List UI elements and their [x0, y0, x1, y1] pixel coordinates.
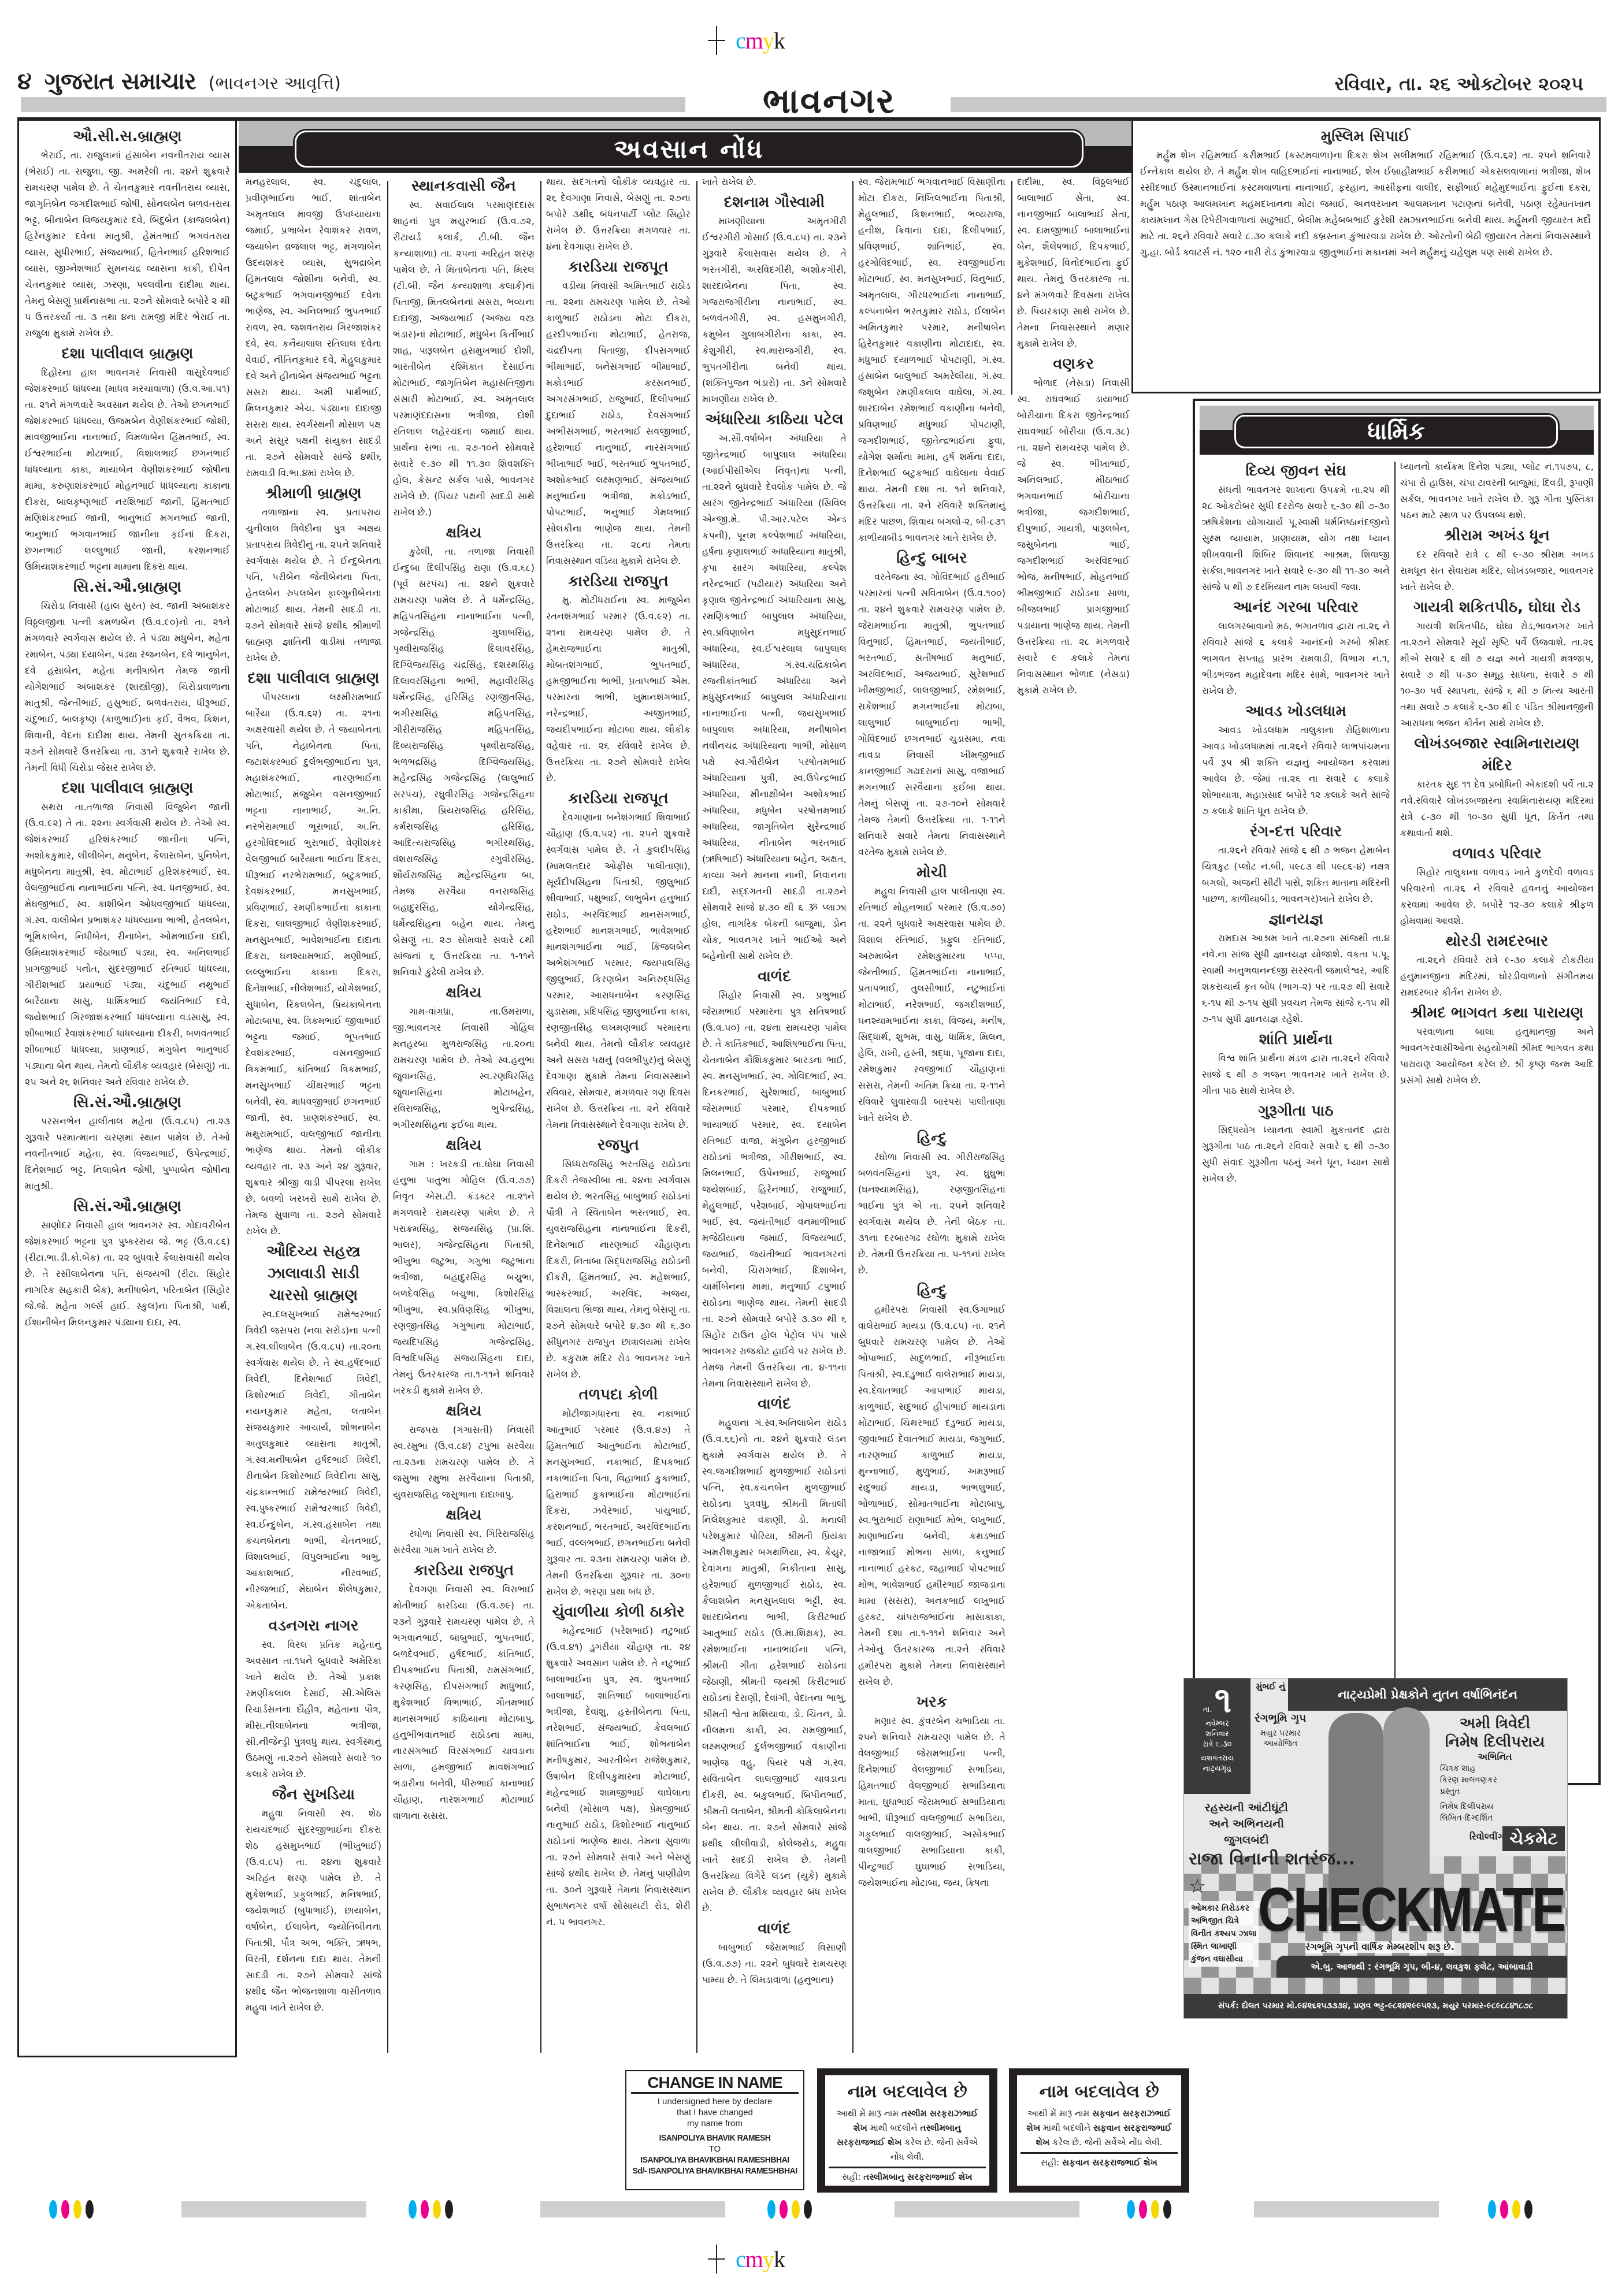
notice-body: અ.સૌ.વર્ષાબેન અંધારિયા તે જીતેન્દ્રભાઈ બ…	[702, 430, 847, 964]
notice-body: ધ્યાનનો કાર્યક્રમ દિનેશ પંડ્યા, પ્લોટ નં…	[1400, 459, 1594, 523]
notice-body: લાલગરબાવાનો મઠ, ભગાતળાવ દ્વારા તા.૨૬ ને …	[1202, 618, 1390, 699]
obituary-column-2: મનહરલાલ, સ્વ. ચંદુલાલ, પ્રવીણભાઈના ભાઈ, …	[246, 174, 381, 2017]
masthead: ૪ ગુજરાત સમાચાર (ભાવનગર આવૃત્તિ) ભાવનગર …	[17, 64, 1601, 113]
notice-heading: હિન્દુ	[858, 1127, 1005, 1149]
notice-body: રાજપરા (ગંગાસતી) નિવાસી સ્વ.રમુભા (ઉ.વ.૮…	[393, 1422, 535, 1503]
contact-numbers: સંપર્ક: દોલત પરમાર મો.૯૪૨૬૨૫૩૩૩૪, પ્રણવ …	[1184, 1994, 1567, 2018]
edition-label: (ભાવનગર આવૃત્તિ)	[209, 73, 341, 94]
notice-body: ચિરોડા નિવાસી (હાલ સુરત) સ્વ. જાની અંબાશ…	[25, 598, 230, 776]
play-title: CHECKMATE	[1258, 1878, 1564, 1941]
notice-heading: રજપુત	[546, 1134, 691, 1156]
notice-heading: ક્ષત્રિય	[393, 982, 535, 1004]
notice-heading: મુસ્લિમ સિપાઈ	[1140, 125, 1591, 147]
notice-heading: સિ.સં.ઔ.બ્રાહ્મણ	[25, 576, 230, 598]
notice-body: દિહોરના હાલ ભાવનગર નિવાસી વાસુદેવભાઈ જેશ…	[25, 365, 230, 575]
notice-body: પીપરલાના લક્ષ્મીરામભાઈ બારૈયા (ઉ.વ.૬૨) ત…	[246, 689, 381, 1239]
page-number: ૪	[17, 68, 32, 95]
notice-heading: આવડ ખોડલધામ	[1202, 700, 1390, 722]
notice-body: સ્વ. વિરલ પ્રતિક મહેતાનું અવસાન તા.૧૫ને …	[246, 1637, 381, 1782]
notice-heading: થોરડી રામદરબાર	[1400, 930, 1594, 952]
notice-heading: કારડિયા રાજપુત	[546, 570, 691, 592]
registration-mark-top: cmyk	[708, 23, 800, 58]
ad-title: CHANGE IN NAME	[631, 2074, 799, 2094]
notice-body: મણાર સ્વ. કુંવરબેન ચભાડિયા તા. ૨૫ને શનિવ…	[858, 1713, 1005, 1891]
crosshair-icon	[708, 26, 725, 55]
notice-body: તળાજાના સ્વ. પ્રતાપરાય ચુનીલાલ ત્રિવેદીન…	[246, 504, 381, 666]
notice-body: વિશ્વ શાંતિ પ્રાર્થના મંડળ દ્વારા તા.૨૬ન…	[1202, 1050, 1390, 1099]
notice-heading: વાળંદ	[702, 1393, 847, 1415]
booking-address: એ.બુ. આજથી : રંગભૂમિ ગૃપ, બી-૪, લવકુશ ફલ…	[1276, 1956, 1567, 1978]
dharmik-section: ધાર્મિક દિવ્ય જીવન સંઘસંઘની ભાવનગર શાખાન…	[1193, 399, 1601, 1785]
name-change-ad-1: નામ બદલાવેલ છે આથી મેં મારૂ નામ તસ્લીમ સ…	[817, 2068, 997, 2193]
notice-body: પરસનભેન હાલીતાલ મહેતા (ઉ.વ.૮૫) તા.૨૩ ગુર…	[25, 1113, 230, 1194]
obituary-column-3: સ્થાનકવાસી જૈનસ્વ. સવાઈલાલ પરમાણંદદાસ શા…	[393, 174, 535, 1825]
notice-body: મહુવાના ગં.સ્વ.અનિલાબેન રાઠોડ (ઉ.વ.૬૬)નો…	[702, 1415, 847, 1916]
obituary-column-4: થાય. સદગતનો લૌકીક વ્યવહાર તા. ૨૬ દેવગાણા…	[546, 174, 691, 1931]
notice-body: આવડ ખોડલધામ તાલુકાના રોહિશાળાના આવડ ખોડલ…	[1202, 722, 1390, 819]
notice-heading: ચુંવાળીયા કોળી ઠાકોર	[546, 1601, 691, 1623]
notice-body: ગામ-વાંગધ્રા, તા.ઉમરાળા, જી.ભાવનગર નિવાસ…	[393, 1004, 535, 1133]
notice-heading: વાળંદ	[702, 1918, 847, 1940]
notice-heading: શ્રીમદ ભાગવત કથા પારાયણ	[1400, 1002, 1594, 1024]
notice-heading: રંગ-દત્ત પરિવાર	[1202, 820, 1390, 842]
notice-heading: ક્ષત્રિય	[393, 522, 535, 544]
notice-body: રંઘોળા નિવાસી સ્વ. ગિરિરાજસિંહ સરવૈયા ગા…	[393, 1526, 535, 1558]
notice-heading: વાળંદ	[702, 965, 847, 987]
notice-heading: ક્ષત્રિય	[393, 1400, 535, 1422]
column-divider	[696, 181, 697, 2053]
notice-body: ભેરાઈ, તા. રાજુલાનાં હંસાબેન નવનીતરાય વ્…	[25, 147, 230, 341]
section-title: ભાવનગર	[763, 81, 896, 121]
registration-mark-bottom: cmyk	[708, 2242, 800, 2276]
change-in-name-ad: CHANGE IN NAME I undersigned here by dec…	[625, 2070, 804, 2190]
column-divider	[387, 181, 388, 2053]
theatre-group: રંગભૂમિ ગૃપ	[1255, 1712, 1306, 1725]
column-divider	[852, 181, 853, 2053]
obituary-column-1: ઔ.સી.સ.બ્રાહ્મણભેરાઈ, તા. રાજુલાનાં હંસા…	[25, 124, 230, 1332]
notice-body: મુ. મોટીધરાઈના સ્વ. માજુબેન રતનશંગભાઈ પર…	[546, 592, 691, 786]
notice-body: માખણીયાના અમૃતગીરી ઈશ્વરગીરી ગોસાઈ (ઉ.વ.…	[702, 213, 847, 407]
notice-heading: આનંદ ગરબા પરિવાર	[1202, 596, 1390, 618]
issue-date: રવિવાર, તા. ૨૬ ઓક્ટોબર ૨૦૨૫	[1335, 73, 1583, 95]
obituary-column-8: મુસ્લિમ સિપાઈમર્હુમ શેખ રહિમભાઈ કરીમભાઈ …	[1140, 124, 1591, 262]
star-icon: ☆	[1189, 1875, 1206, 1898]
dharmik-banner: ધાર્મિક	[1200, 406, 1594, 455]
notice-heading: અંધારિયા કાઠિયા પટેલ	[702, 408, 847, 430]
banner-title: અવસાન નોંધ	[614, 135, 765, 164]
notice-heading: જૈન સુખડિયા	[246, 1784, 381, 1805]
notice-heading: જ્ઞાનયજ્ઞ	[1202, 908, 1390, 930]
notice-heading: મોચી	[858, 861, 1005, 883]
notice-body: મોટીજાગધારના સ્વ. નકાભાઈ આતુભાઈ પરમાર (ઉ…	[546, 1406, 691, 1600]
notice-heading: ક્ષત્રિય	[393, 1504, 535, 1526]
notice-body: વરતેજના સ્વ. ગોવિંદભાઈ હરીભાઈ પરમારનાં પ…	[858, 569, 1005, 860]
right-column-box: મુસ્લિમ સિપાઈમર્હુમ શેખ રહિમભાઈ કરીમભાઈ …	[1131, 117, 1601, 393]
membership-note: રંગભૂમિ ગૃપની વાર્ષિક મેમ્બરશીપ શરૂ છે.	[1305, 1941, 1454, 1953]
notice-body: સિહોર નિવાસી સ્વ. પ્રભુભાઈ જેરામભાઈ પરમા…	[702, 987, 847, 1392]
notice-heading: ગાયત્રી શકિતપીઠ, ઘોઘા રોડ	[1400, 596, 1594, 618]
notice-body: થાય. સદગતનો લૌકીક વ્યવહાર તા. ૨૬ દેવગાણા…	[546, 174, 691, 255]
notice-heading: લોખંડબજાર સ્વામિનારાયણ મંદિર	[1400, 733, 1594, 777]
dharmik-column-left: દિવ્ય જીવન સંઘસંઘની ભાવનગર શાખાના ઉપક્રમ…	[1202, 459, 1390, 1188]
notice-body: સિહોર તાલુકાના વળાવડ ખાતે કુળદેવી વળાવડ …	[1400, 864, 1594, 929]
avsan-nondh-banner: અવસાન નોંધ	[239, 121, 1131, 173]
notice-body: મહુવા નિવાસી સ્વ. શેઠ રાયચંદભાઈ સુંદરજીભ…	[246, 1805, 381, 2016]
notice-heading: વણકર	[1017, 353, 1130, 375]
notice-body: સિધ્ધરાજસિંહ ભરતસિંહ રાઠોડના દિકરી તેજસ્…	[546, 1156, 691, 1383]
notice-heading: ઔ.સી.સ.બ્રાહ્મણ	[25, 125, 230, 147]
lead-cast: અમી ત્રિવેદી નિમેષ દિલીપરાય અભિનિત ચિત્ર…	[1428, 1714, 1561, 1842]
notice-heading: હિન્દુ બાબર	[858, 547, 1005, 569]
notice-body: મહેન્દ્રભાઈ (પરેશભાઈ) નટુભાઈ (ઉ.વ.૪૧) ડુ…	[546, 1623, 691, 1930]
cmyk-label: cmyk	[736, 2246, 785, 2273]
notice-body: દાદીમા, સ્વ. વિઠ્ઠલભાઈ બાલાભાઈ સેંતા, સ્…	[1017, 174, 1130, 352]
column-divider	[1011, 181, 1012, 395]
notice-body: ભોળાદ (નેસડા) નિવાસી સ્વ. રાઘવભાઈ ડાયાભા…	[1017, 375, 1130, 699]
notice-heading: વડનગરા નાગર	[246, 1615, 381, 1637]
notice-body: કુંઢેલી, તા. તળાજા નિવાસી ઈન્દુબા દિલીપસ…	[393, 544, 535, 980]
notice-body: સ્વ. જેરામભાઈ ભગવાનભાઈ વિસાણીના મોટા દીક…	[858, 174, 1005, 546]
notice-body: ગાયત્રી શકિતપીઠ, ઘોઘા રોડ,ભાવનગર ખાતે તા…	[1400, 618, 1594, 731]
notice-body: તા.૨૬ને રવિવારે રાત્રે ૯-૩૦ કલાકે ટોકરીય…	[1400, 952, 1594, 1001]
notice-heading: દશા પાલીવાલ બ્રાહ્મણ	[246, 667, 381, 689]
notice-heading: કારડિયા રાજપૂત	[546, 787, 691, 809]
notice-heading: સ્થાનકવાસી જૈન	[393, 175, 535, 197]
ad-subtitle: રાજા વિનાની શતરંજ...	[1189, 1849, 1355, 1869]
notice-heading: ઔદિચ્ય સહસ્ત્ર ઝાલાવાડી સાડી ચારસો બ્રાહ…	[246, 1240, 381, 1306]
notice-body: સંઘની ભાવનગર શાખાના ઉપક્રમે તા.૨૫ થી ૨૮ …	[1202, 482, 1390, 595]
masthead-band-right	[951, 97, 1606, 112]
notice-heading: શાંતિ પ્રાર્થના	[1202, 1028, 1390, 1050]
notice-heading: સિ.સં.ઔ.બ્રાહ્મણ	[25, 1091, 230, 1113]
obituary-column-6: સ્વ. જેરામભાઈ ભગવાનભાઈ વિસાણીના મોટા દીક…	[858, 174, 1005, 1892]
newspaper-name: ગુજરાત સમાચાર	[44, 68, 196, 95]
notice-heading: દશા પાલીવાલ બ્રાહ્મણ	[25, 343, 230, 365]
dharmik-title: ધાર્મિક	[1367, 418, 1424, 445]
notice-body: ગામ : ખરકડી તા.ઘોઘા નિવાસી હનુભા પાતુભા …	[393, 1156, 535, 1399]
notice-body: કારતક સુદ ૧૧ દેવ પ્રબોધિની એકાદશી પર્વે …	[1400, 777, 1594, 841]
notice-heading: તળપદા કોળી	[546, 1384, 691, 1406]
notice-body: મર્હુમ શેખ રહિમભાઈ કરીમભાઈ (કસ્ટમવાળા)ના…	[1140, 147, 1591, 261]
notice-body: સાણોદર નિવાસી હાલ ભાવનગર સ્વ. ગોદાવરીબેન…	[25, 1217, 230, 1331]
supporting-cast: ઓમકાર તિરોડકરઅભિજીત ચિત્રેવિનીત કશ્યપ ઝા…	[1189, 1901, 1259, 1967]
crosshair-icon	[708, 2245, 725, 2273]
notice-heading: શ્રીરામ અખંડ ધૂન	[1400, 525, 1594, 547]
ad-tagline: રહસ્યની આંટીઘૂંટીઅને અભિનયનીજુગલબંદી	[1189, 1800, 1304, 1848]
notice-heading: કારડિયા રાજપૂત	[546, 256, 691, 278]
notice-body: ખાતે રાખેલ છે.	[702, 174, 847, 190]
obituary-column-7: દાદીમા, સ્વ. વિઠ્ઠલભાઈ બાલાભાઈ સેંતા, સ્…	[1017, 174, 1130, 700]
notice-heading: દશનામ ગૌસ્વામી	[702, 191, 847, 213]
notice-heading: હિન્દુ	[858, 1280, 1005, 1302]
notice-heading: વળાવડ પરિવાર	[1400, 842, 1594, 864]
column-divider	[1394, 462, 1396, 1779]
checkmate-play-ad: તા. ૧ નવેમ્બર શનિવાર રાત્રે ૯.૩૦ યશવંતરા…	[1183, 1678, 1568, 2019]
notice-body: રામદાસ આશ્રમ ખાતે તા.૨૭ના સાંજથી તા.૪ નવ…	[1202, 930, 1390, 1027]
notice-heading: ક્ષત્રિય	[393, 1134, 535, 1156]
notice-heading: ખરક	[858, 1691, 1005, 1713]
notice-heading: સિ.સં.ઔ.બ્રાહ્મણ	[25, 1195, 230, 1217]
notice-body: દેવગણા નિવાસી સ્વ. વિરાભાઈ મોતીભાઈ કારડિ…	[393, 1581, 535, 1824]
notice-body: પરવાળાના બાલા હનુમાનજી અને ભાવનગરવાસીઓના…	[1400, 1024, 1594, 1088]
notice-body: મહુવા નિવાસી હાલ પાલીતાણા સ્વ. રતિભાઈ મો…	[858, 883, 1005, 1126]
notice-body: બાબુભાઈ જેરામભાઈ વિસાણી (ઉ.વ.૭૭) તા. ૨૨ન…	[702, 1940, 847, 1988]
notice-body: સિદ્ધયોગ ધ્યાનના સ્વામી મુકતાનંદ દ્વારા …	[1202, 1122, 1390, 1187]
notice-body: સ્વ. સવાઈલાલ પરમાણંદદાસ શાહનાં પુત્ર મયુ…	[393, 197, 535, 521]
notice-body: દેવગાણાના બનેશંગભાઈ શિવાભાઈ ચૌહાણ (ઉ.વ.૫…	[546, 809, 691, 1133]
ad-headline: નાટ્યપ્રેમી પ્રેક્ષકોને નુતન વર્ષાભિનંદન	[1288, 1678, 1567, 1711]
notice-body: સથરા તા.તળાજા નિવાસી વિજુબેન જાની (ઉ.વ.૯…	[25, 799, 230, 1090]
notice-heading: દિવ્ય જીવન સંઘ	[1202, 460, 1390, 482]
gujarati-title: ચેકમેટ	[1502, 1826, 1565, 1851]
notice-heading: ગુરૂગીતા પાઠ	[1202, 1100, 1390, 1122]
notice-heading: શ્રીમાળી બ્રાહ્મણ	[246, 482, 381, 504]
dharmik-column-right: ધ્યાનનો કાર્યક્રમ દિનેશ પંડ્યા, પ્લોટ નં…	[1400, 459, 1594, 1090]
notice-body: મનહરલાલ, સ્વ. ચંદુલાલ, પ્રવીણભાઈના ભાઈ, …	[246, 174, 381, 481]
column-divider	[540, 181, 541, 2053]
notice-body: દર રવિવારે રાત્રે ૮ થી ૯-૩૦ શ્રીરામ અખંડ…	[1400, 547, 1594, 595]
name-change-ad-2: નામ બદલાવેલ છે આથી મેં મારૂ નામ સફવાન સર…	[1009, 2068, 1189, 2193]
notice-heading: દશા પાલીવાલ બ્રાહ્મણ	[25, 777, 230, 799]
left-column-box: ઔ.સી.સ.બ્રાહ્મણભેરાઈ, તા. રાજુલાનાં હંસા…	[17, 117, 237, 2057]
masthead-band-left	[21, 97, 685, 112]
notice-heading: કારડિયા રાજપુત	[393, 1559, 535, 1581]
obituary-column-5: ખાતે રાખેલ છે.દશનામ ગૌસ્વામીમાખણીયાના અમ…	[702, 174, 847, 1989]
notice-body: હમીરપરા નિવાસી સ્વ.ઉગાભાઈ વાલેરાભાઈ માયડ…	[858, 1302, 1005, 1690]
cmyk-label: cmyk	[736, 27, 785, 54]
notice-body: વડીયા નિવાસી અમિતભાઈ રાઠોડ તા. ૨૨ના રામચ…	[546, 278, 691, 569]
notice-body: રંઘોળા નિવાસી સ્વ. ગીરીરાજસિંહ બળવંતસિંહ…	[858, 1149, 1005, 1279]
notice-body: સ્વ.દલસુખભાઈ રામેશ્વરભાઈ ત્રિવેદી જસપરા …	[246, 1306, 381, 1614]
show-date-box: તા. ૧ નવેમ્બર શનિવાર રાત્રે ૯.૩૦ યશવંતરા…	[1184, 1678, 1250, 1794]
print-color-bar	[0, 2200, 1618, 2219]
notice-body: તા.૨૬ને રવિવારે સાંજે ૬ થી ૭ ભજન હેમાબેન…	[1202, 842, 1390, 907]
